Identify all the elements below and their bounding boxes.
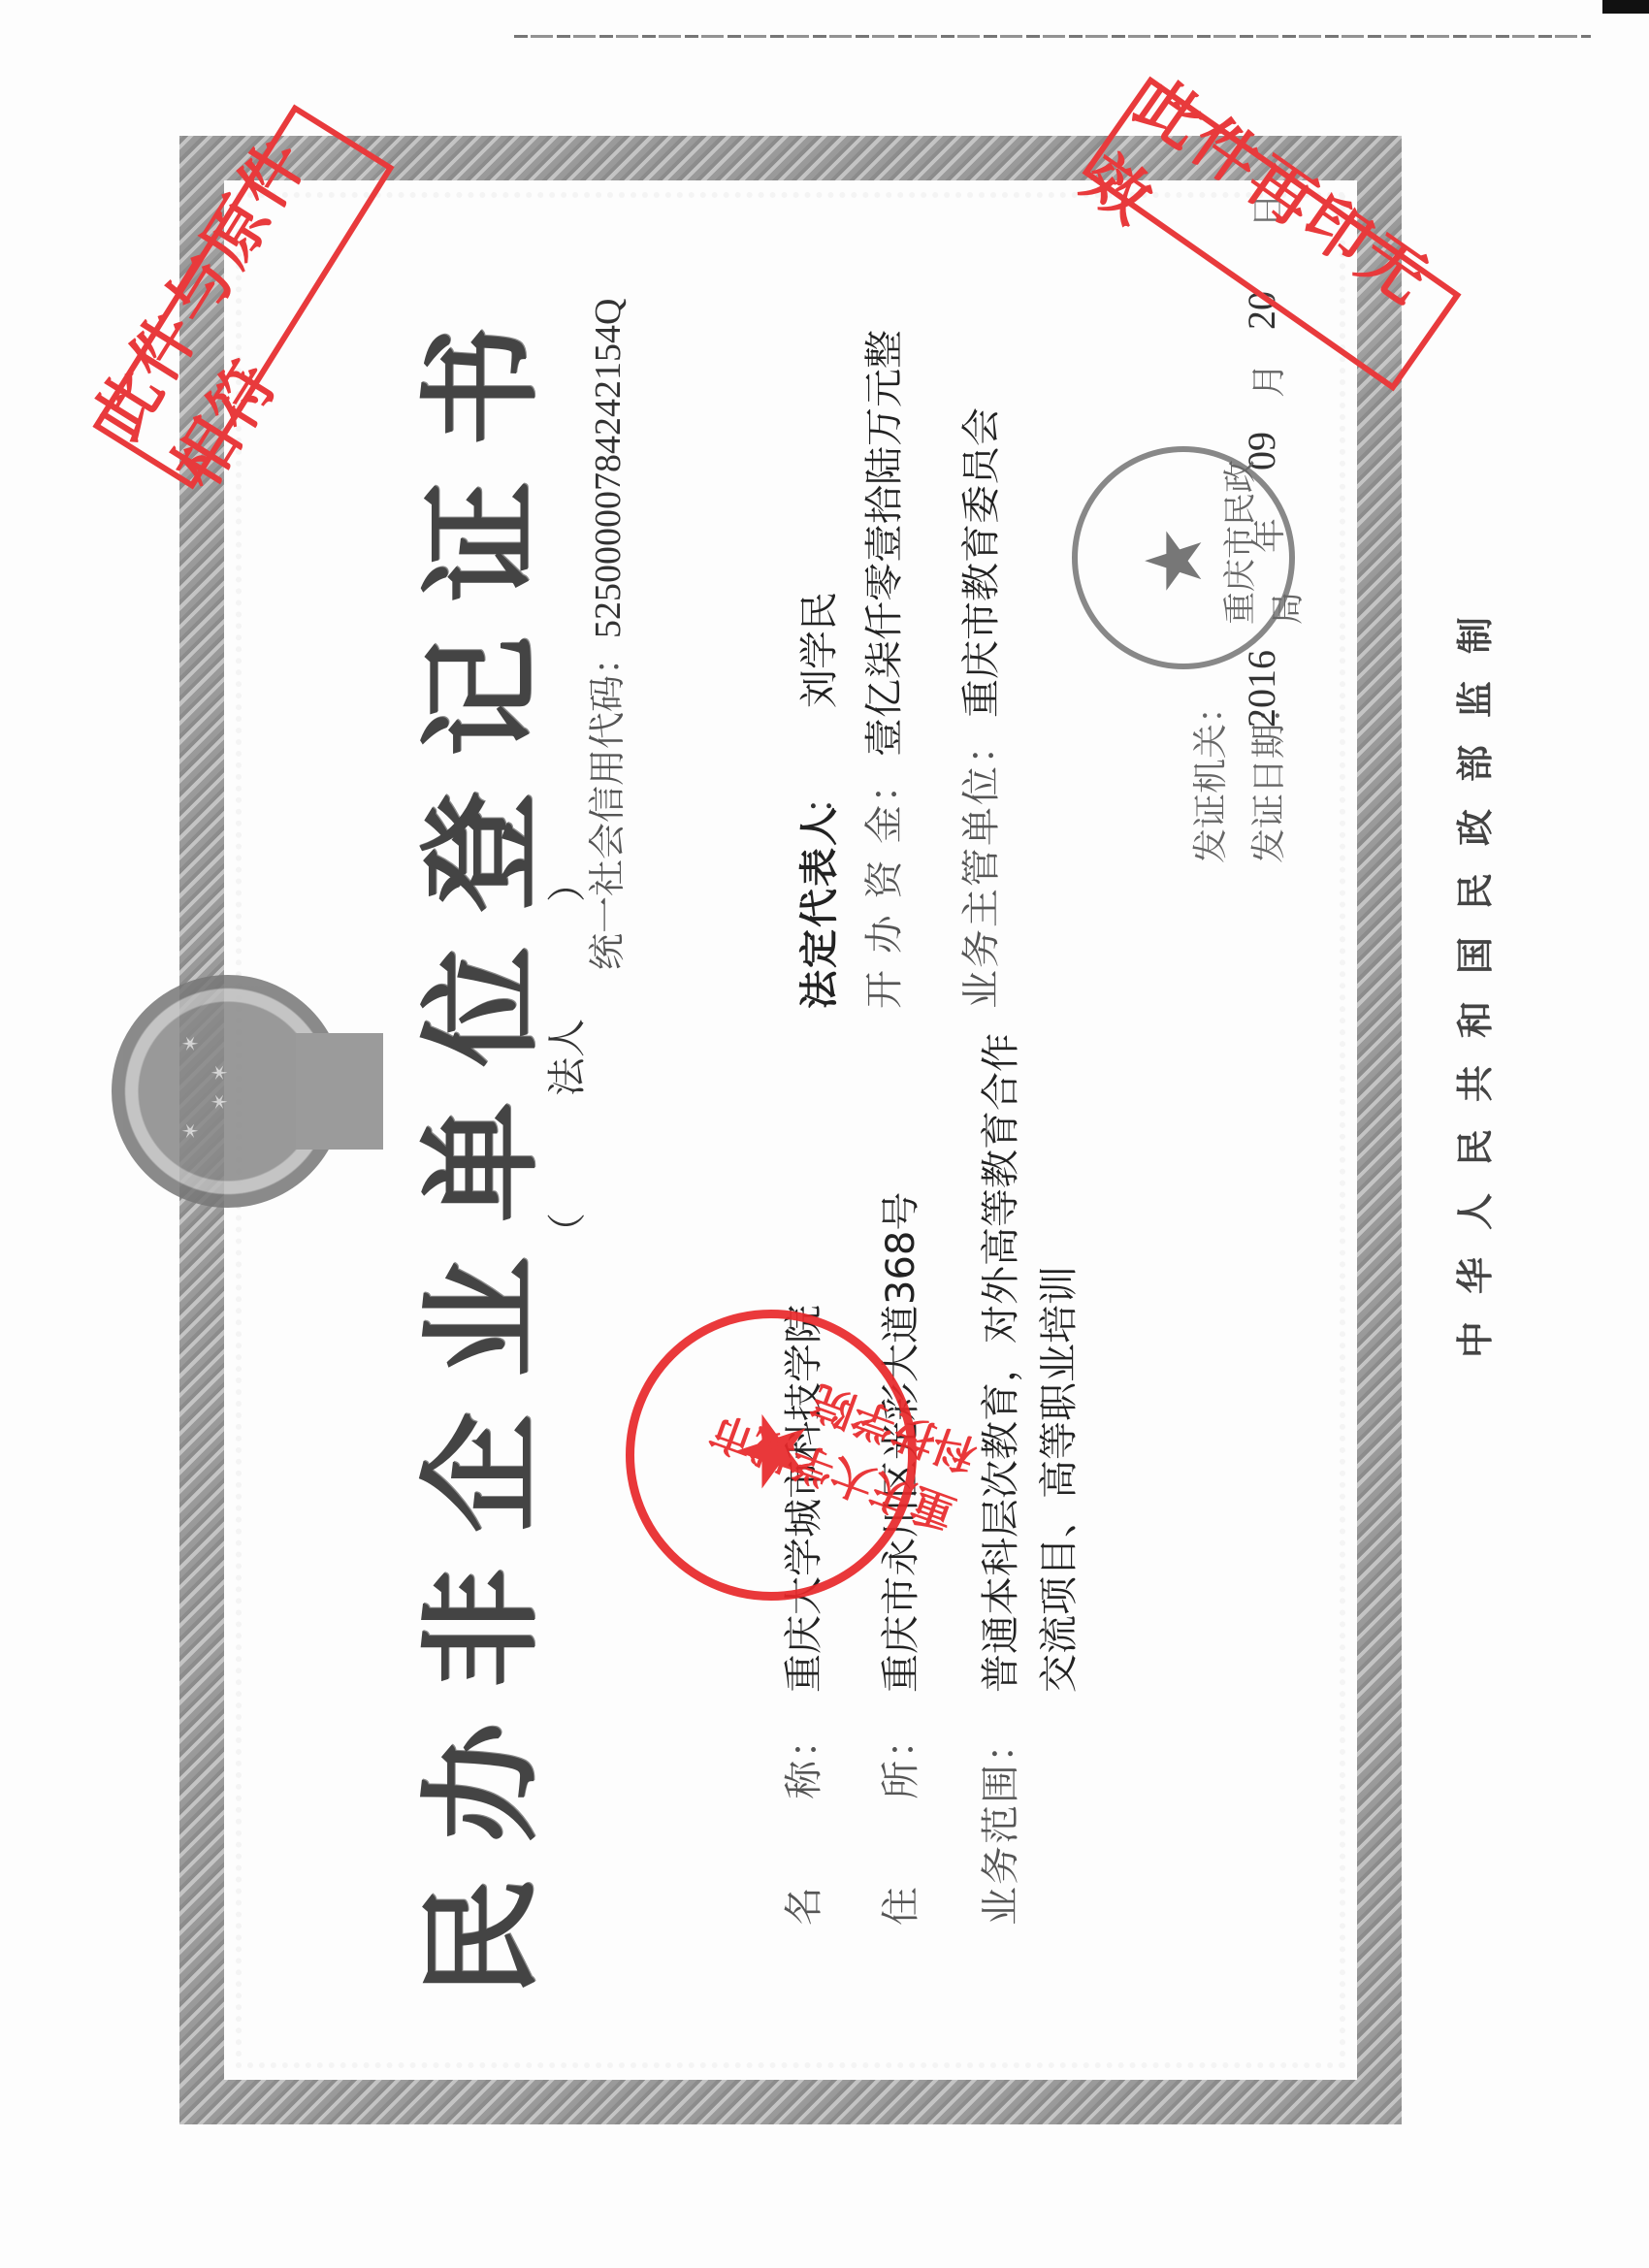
field-legal-rep: 法定代表人：刘学民	[789, 592, 844, 1009]
field-label: 开 办 资 金：	[854, 757, 909, 1009]
national-emblem-icon: ✶ ✶ ✶ ✶	[112, 975, 344, 1208]
credit-code-label: 统一社会信用代码：	[586, 638, 629, 970]
field-label: 业务范围：	[970, 1693, 1025, 1926]
field-value: 壹亿柒仟零壹拾陆万元整	[862, 330, 907, 757]
field-value: 交流项目、高等职业培训	[1037, 1266, 1082, 1693]
field-label: 住 所：	[870, 1693, 925, 1926]
field-supervisor: 业务主管单位：重庆市教育委员会	[951, 407, 1006, 1009]
school-seal: ★ 重庆大学城市科技学院	[626, 1310, 917, 1601]
field-sep: ：	[789, 708, 844, 815]
field-business-scope: 业务范围：普通本科层次教育，对外高等教育合作	[970, 1033, 1025, 1926]
field-label: 法定代表人	[789, 815, 844, 1009]
field-value: 重庆市教育委员会	[959, 407, 1004, 718]
paren-open: （	[545, 1213, 590, 1251]
seal-text: 重庆市民政局	[1213, 452, 1309, 625]
field-business-scope-line2: 交流项目、高等职业培训	[1028, 1266, 1083, 1693]
field-label: 业务主管单位：	[951, 718, 1006, 1009]
field-address: 住 所：重庆市永川区光彩大道368号	[870, 1192, 925, 1926]
seal-star-icon: ★	[1136, 526, 1213, 596]
issuer-seal: ★ 重庆市民政局	[1072, 446, 1295, 669]
issuer-label: 发证机关：	[1183, 689, 1233, 863]
credit-code-value: 52500000784242154Q	[588, 299, 629, 638]
scan-edge-line	[514, 35, 1591, 38]
field-value: 刘学民	[797, 592, 842, 708]
month-unit: 月	[1242, 363, 1291, 398]
certificate-title: 民办非企业单位登记证书	[385, 291, 558, 1998]
printer-note: 中华人民共和国民政部监制	[1445, 590, 1499, 1358]
certificate-sheet: ✶ ✶ ✶ ✶ 民办非企业单位登记证书 （法人） 统一社会信用代码：525000…	[179, 136, 1537, 2124]
credit-code: 统一社会信用代码：52500000784242154Q	[577, 299, 630, 970]
issue-year: 2016	[1239, 650, 1284, 728]
scan-corner-mark	[1602, 0, 1649, 14]
subtype-text: 法人	[545, 1019, 590, 1096]
field-value: 普通本科层次教育，对外高等教育合作	[979, 1033, 1023, 1693]
field-label: 名 称：	[773, 1693, 828, 1926]
field-capital: 开 办 资 金：壹亿柒仟零壹拾陆万元整	[854, 330, 909, 1009]
